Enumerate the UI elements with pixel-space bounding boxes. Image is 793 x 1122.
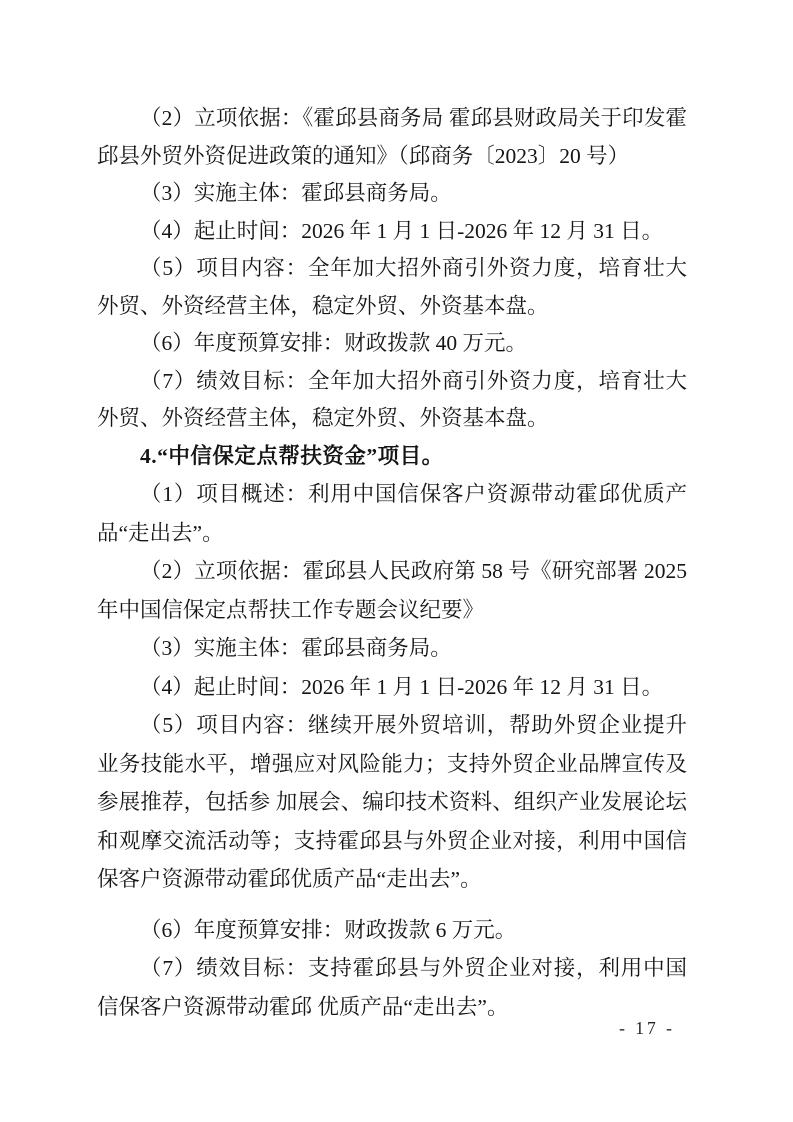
para-project4-performance: （7）绩效目标：支持霍邱县与外贸企业对接，利用中国信保客户资源带动霍邱 优质产品… bbox=[97, 949, 687, 1026]
document-page: （2）立项依据：《霍邱县商务局 霍邱县财政局关于印发霍邱县外贸外资促进政策的通知… bbox=[0, 0, 793, 1122]
project-3-section: （2）立项依据：《霍邱县商务局 霍邱县财政局关于印发霍邱县外贸外资促进政策的通知… bbox=[97, 100, 687, 475]
page-number: - 17 - bbox=[619, 1018, 675, 1039]
para-project3-budget: （6）年度预算安排：财政拨款 40 万元。 bbox=[97, 325, 687, 363]
para-project3-performance: （7）绩效目标：全年加大招外商引外资力度，培育壮大外贸、外资经营主体，稳定外贸、… bbox=[97, 363, 687, 438]
document-body: （2）立项依据：《霍邱县商务局 霍邱县财政局关于印发霍邱县外贸外资促进政策的通知… bbox=[97, 100, 687, 1026]
para-project4-implementer: （3）实施主体：霍邱县商务局。 bbox=[97, 629, 687, 668]
para-project3-implementer: （3）实施主体：霍邱县商务局。 bbox=[97, 175, 687, 213]
project-4-heading: 4.“中信保定点帮扶资金”项目。 bbox=[97, 438, 687, 476]
para-project3-timespan: （4）起止时间：2026 年 1 月 1 日-2026 年 12 月 31 日。 bbox=[97, 213, 687, 251]
para-project4-timespan: （4）起止时间：2026 年 1 月 1 日-2026 年 12 月 31 日。 bbox=[97, 668, 687, 707]
para-project4-overview: （1）项目概述：利用中国信保客户资源带动霍邱优质产品“走出去”。 bbox=[97, 475, 687, 552]
project-4-section: （1）项目概述：利用中国信保客户资源带动霍邱优质产品“走出去”。 （2）立项依据… bbox=[97, 475, 687, 1026]
para-project4-basis: （2）立项依据：霍邱县人民政府第 58 号《研究部署 2025 年中国信保定点帮… bbox=[97, 552, 687, 629]
para-project3-basis: （2）立项依据：《霍邱县商务局 霍邱县财政局关于印发霍邱县外贸外资促进政策的通知… bbox=[97, 100, 687, 175]
para-project3-content: （5）项目内容：全年加大招外商引外资力度，培育壮大外贸、外资经营主体，稳定外贸、… bbox=[97, 250, 687, 325]
para-project4-content: （5）项目内容：继续开展外贸培训，帮助外贸企业提升业务技能水平，增强应对风险能力… bbox=[97, 706, 687, 899]
para-project4-budget: （6）年度预算安排：财政拨款 6 万元。 bbox=[97, 911, 687, 950]
